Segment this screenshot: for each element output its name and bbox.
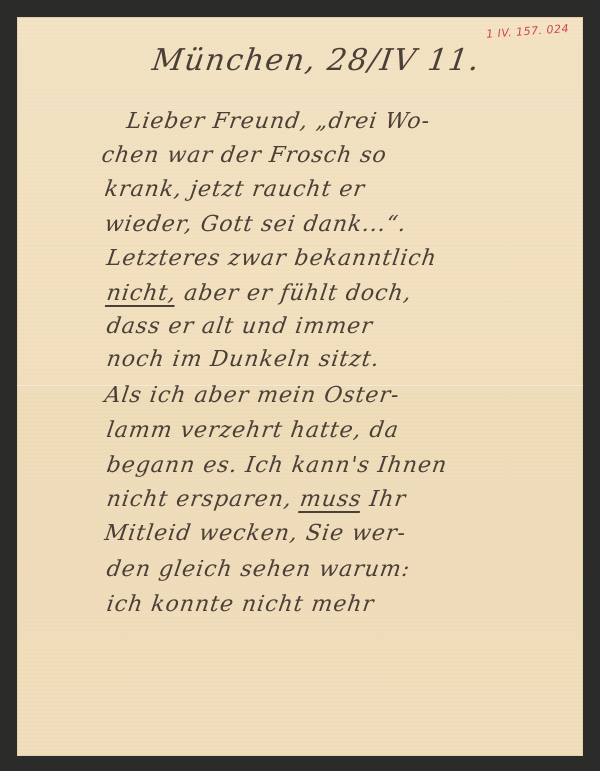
letter-line-3: krank, jetzt raucht er [103, 177, 367, 202]
letter-line-4: wieder, Gott sei dank...“. [103, 212, 408, 237]
letter-line-2: chen war der Frosch so [100, 143, 389, 168]
letter-line-6-rest: aber er fühlt doch, [175, 281, 414, 306]
letter-page: 1 IV. 157. 024 München, 28/IV 11. Lieber… [17, 17, 583, 756]
letter-line-1: Lieber Freund, „drei Wo- [125, 109, 432, 134]
letter-line-14: den gleich sehen warum: [105, 557, 412, 582]
letter-line-8: noch im Dunkeln sitzt. [105, 347, 381, 372]
letter-heading-place-date: München, 28/IV 11. [150, 43, 483, 78]
letter-line-5: Letzteres zwar bekanntlich [105, 246, 439, 271]
letter-line-12: nicht ersparen, muss Ihr [105, 487, 408, 512]
letter-line-15: ich konnte nicht mehr [105, 592, 376, 617]
letter-line-10: lamm verzehrt hatte, da [105, 418, 401, 443]
archive-number: 1 IV. 157. 024 [486, 22, 570, 41]
letter-line-13: Mitleid wecken, Sie wer- [103, 521, 408, 546]
letter-line-6: nicht, aber er fühlt doch, [105, 281, 413, 306]
letter-line-12-end: Ihr [360, 487, 408, 512]
letter-line-12-start: nicht ersparen, [105, 487, 302, 512]
letter-line-11: begann es. Ich kann's Ihnen [105, 453, 449, 478]
letter-line-7: dass er alt und immer [105, 314, 375, 339]
underlined-word: muss [298, 487, 363, 512]
underlined-word: nicht, [105, 281, 178, 306]
letter-line-9: Als ich aber mein Oster- [103, 383, 401, 408]
